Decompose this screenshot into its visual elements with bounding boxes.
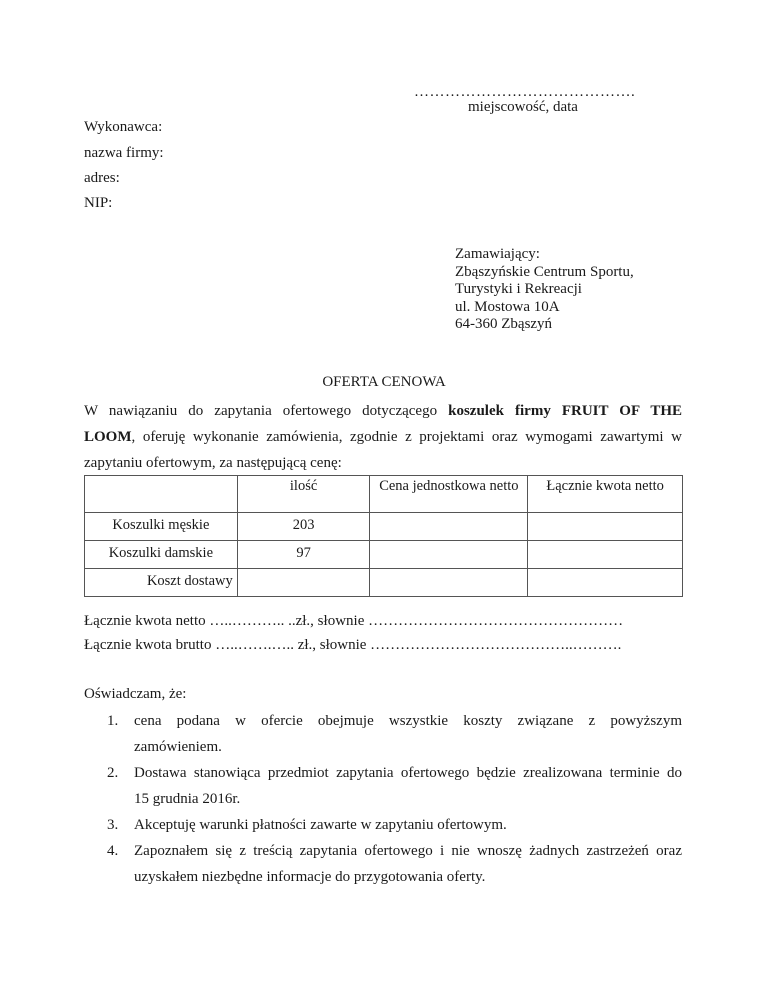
- list-item-text: Zapoznałem się z treścią zapytania ofert…: [134, 838, 682, 864]
- list-item: 3. Akceptuję warunki płatności zawarte w…: [107, 812, 682, 838]
- total-gross-line: Łącznie kwota brutto …..…….….. zł., słow…: [84, 637, 621, 654]
- list-item-text: Akceptuję warunki płatności zawarte w za…: [134, 817, 507, 833]
- intro-product-bold-2: LOOM: [84, 429, 132, 445]
- price-table: ilość Cena jednostkowa netto Łącznie kwo…: [84, 475, 683, 597]
- intro-text: W nawiązaniu do zapytania ofertowego dot…: [84, 403, 448, 419]
- declaration-list: 1. cena podana w ofercie obejmuje wszyst…: [107, 708, 682, 890]
- row-total[interactable]: [528, 541, 683, 569]
- address-label: adres:: [84, 170, 120, 187]
- intro-text-2: , oferuję wykonanie zamówienia, zgodnie …: [132, 429, 683, 445]
- row-label: Koszulki damskie: [85, 541, 238, 569]
- list-item-number: 2.: [107, 760, 118, 786]
- row-unit-price[interactable]: [370, 513, 528, 541]
- list-item-number: 1.: [107, 708, 118, 734]
- table-row: Koszt dostawy: [85, 569, 683, 597]
- header-cell-unit-price: Cena jednostkowa netto: [370, 476, 528, 513]
- nip-label: NIP:: [84, 195, 112, 212]
- intro-product-bold: koszulek firmy FRUIT OF THE: [448, 403, 682, 419]
- row-label: Koszt dostawy: [85, 569, 238, 597]
- list-item: 4. Zapoznałem się z treścią zapytania of…: [107, 838, 682, 890]
- row-total[interactable]: [528, 513, 683, 541]
- list-item-text-cont: 15 grudnia 2016r.: [134, 791, 240, 807]
- declaration-heading: Oświadczam, że:: [84, 686, 186, 703]
- place-date-label: miejscowość, data: [468, 99, 578, 116]
- list-item-text: Dostawa stanowiąca przedmiot zapytania o…: [134, 760, 682, 786]
- list-item-text-cont: zamówieniem.: [134, 739, 222, 755]
- table-header-row: ilość Cena jednostkowa netto Łącznie kwo…: [85, 476, 683, 513]
- contractor-heading: Wykonawca:: [84, 119, 162, 136]
- row-quantity: 97: [237, 541, 370, 569]
- list-item-text-cont: uzyskałem niezbędne informacje do przygo…: [134, 869, 485, 885]
- orderer-block: Zamawiający: Zbąszyńskie Centrum Sportu,…: [455, 246, 634, 334]
- list-item-number: 4.: [107, 838, 118, 864]
- row-label: Koszulki męskie: [85, 513, 238, 541]
- intro-text-3: zapytaniu ofertowym, za następującą cenę…: [84, 450, 682, 476]
- row-quantity: 203: [237, 513, 370, 541]
- intro-paragraph: W nawiązaniu do zapytania ofertowego dot…: [84, 398, 682, 476]
- document-title: OFERTA CENOWA: [0, 374, 768, 391]
- orderer-street: ul. Mostowa 10A: [455, 299, 634, 317]
- orderer-postal-city: 64-360 Zbąszyń: [455, 316, 634, 334]
- table-row: Koszulki męskie 203: [85, 513, 683, 541]
- list-item-number: 3.: [107, 812, 118, 838]
- header-cell-empty: [85, 476, 238, 513]
- header-cell-quantity: ilość: [237, 476, 370, 513]
- list-item: 2. Dostawa stanowiąca przedmiot zapytani…: [107, 760, 682, 812]
- list-item-text: cena podana w ofercie obejmuje wszystkie…: [134, 708, 682, 734]
- orderer-name-line2: Turystyki i Rekreacji: [455, 281, 634, 299]
- orderer-name-line1: Zbąszyńskie Centrum Sportu,: [455, 264, 634, 282]
- header-cell-total-net: Łącznie kwota netto: [528, 476, 683, 513]
- row-total[interactable]: [528, 569, 683, 597]
- list-item: 1. cena podana w ofercie obejmuje wszyst…: [107, 708, 682, 760]
- row-quantity[interactable]: [237, 569, 370, 597]
- table-row: Koszulki damskie 97: [85, 541, 683, 569]
- row-unit-price[interactable]: [370, 541, 528, 569]
- orderer-heading: Zamawiający:: [455, 246, 634, 264]
- row-unit-price[interactable]: [370, 569, 528, 597]
- company-name-label: nazwa firmy:: [84, 145, 164, 162]
- total-net-line: Łącznie kwota netto …..……….. ..zł., słow…: [84, 613, 623, 630]
